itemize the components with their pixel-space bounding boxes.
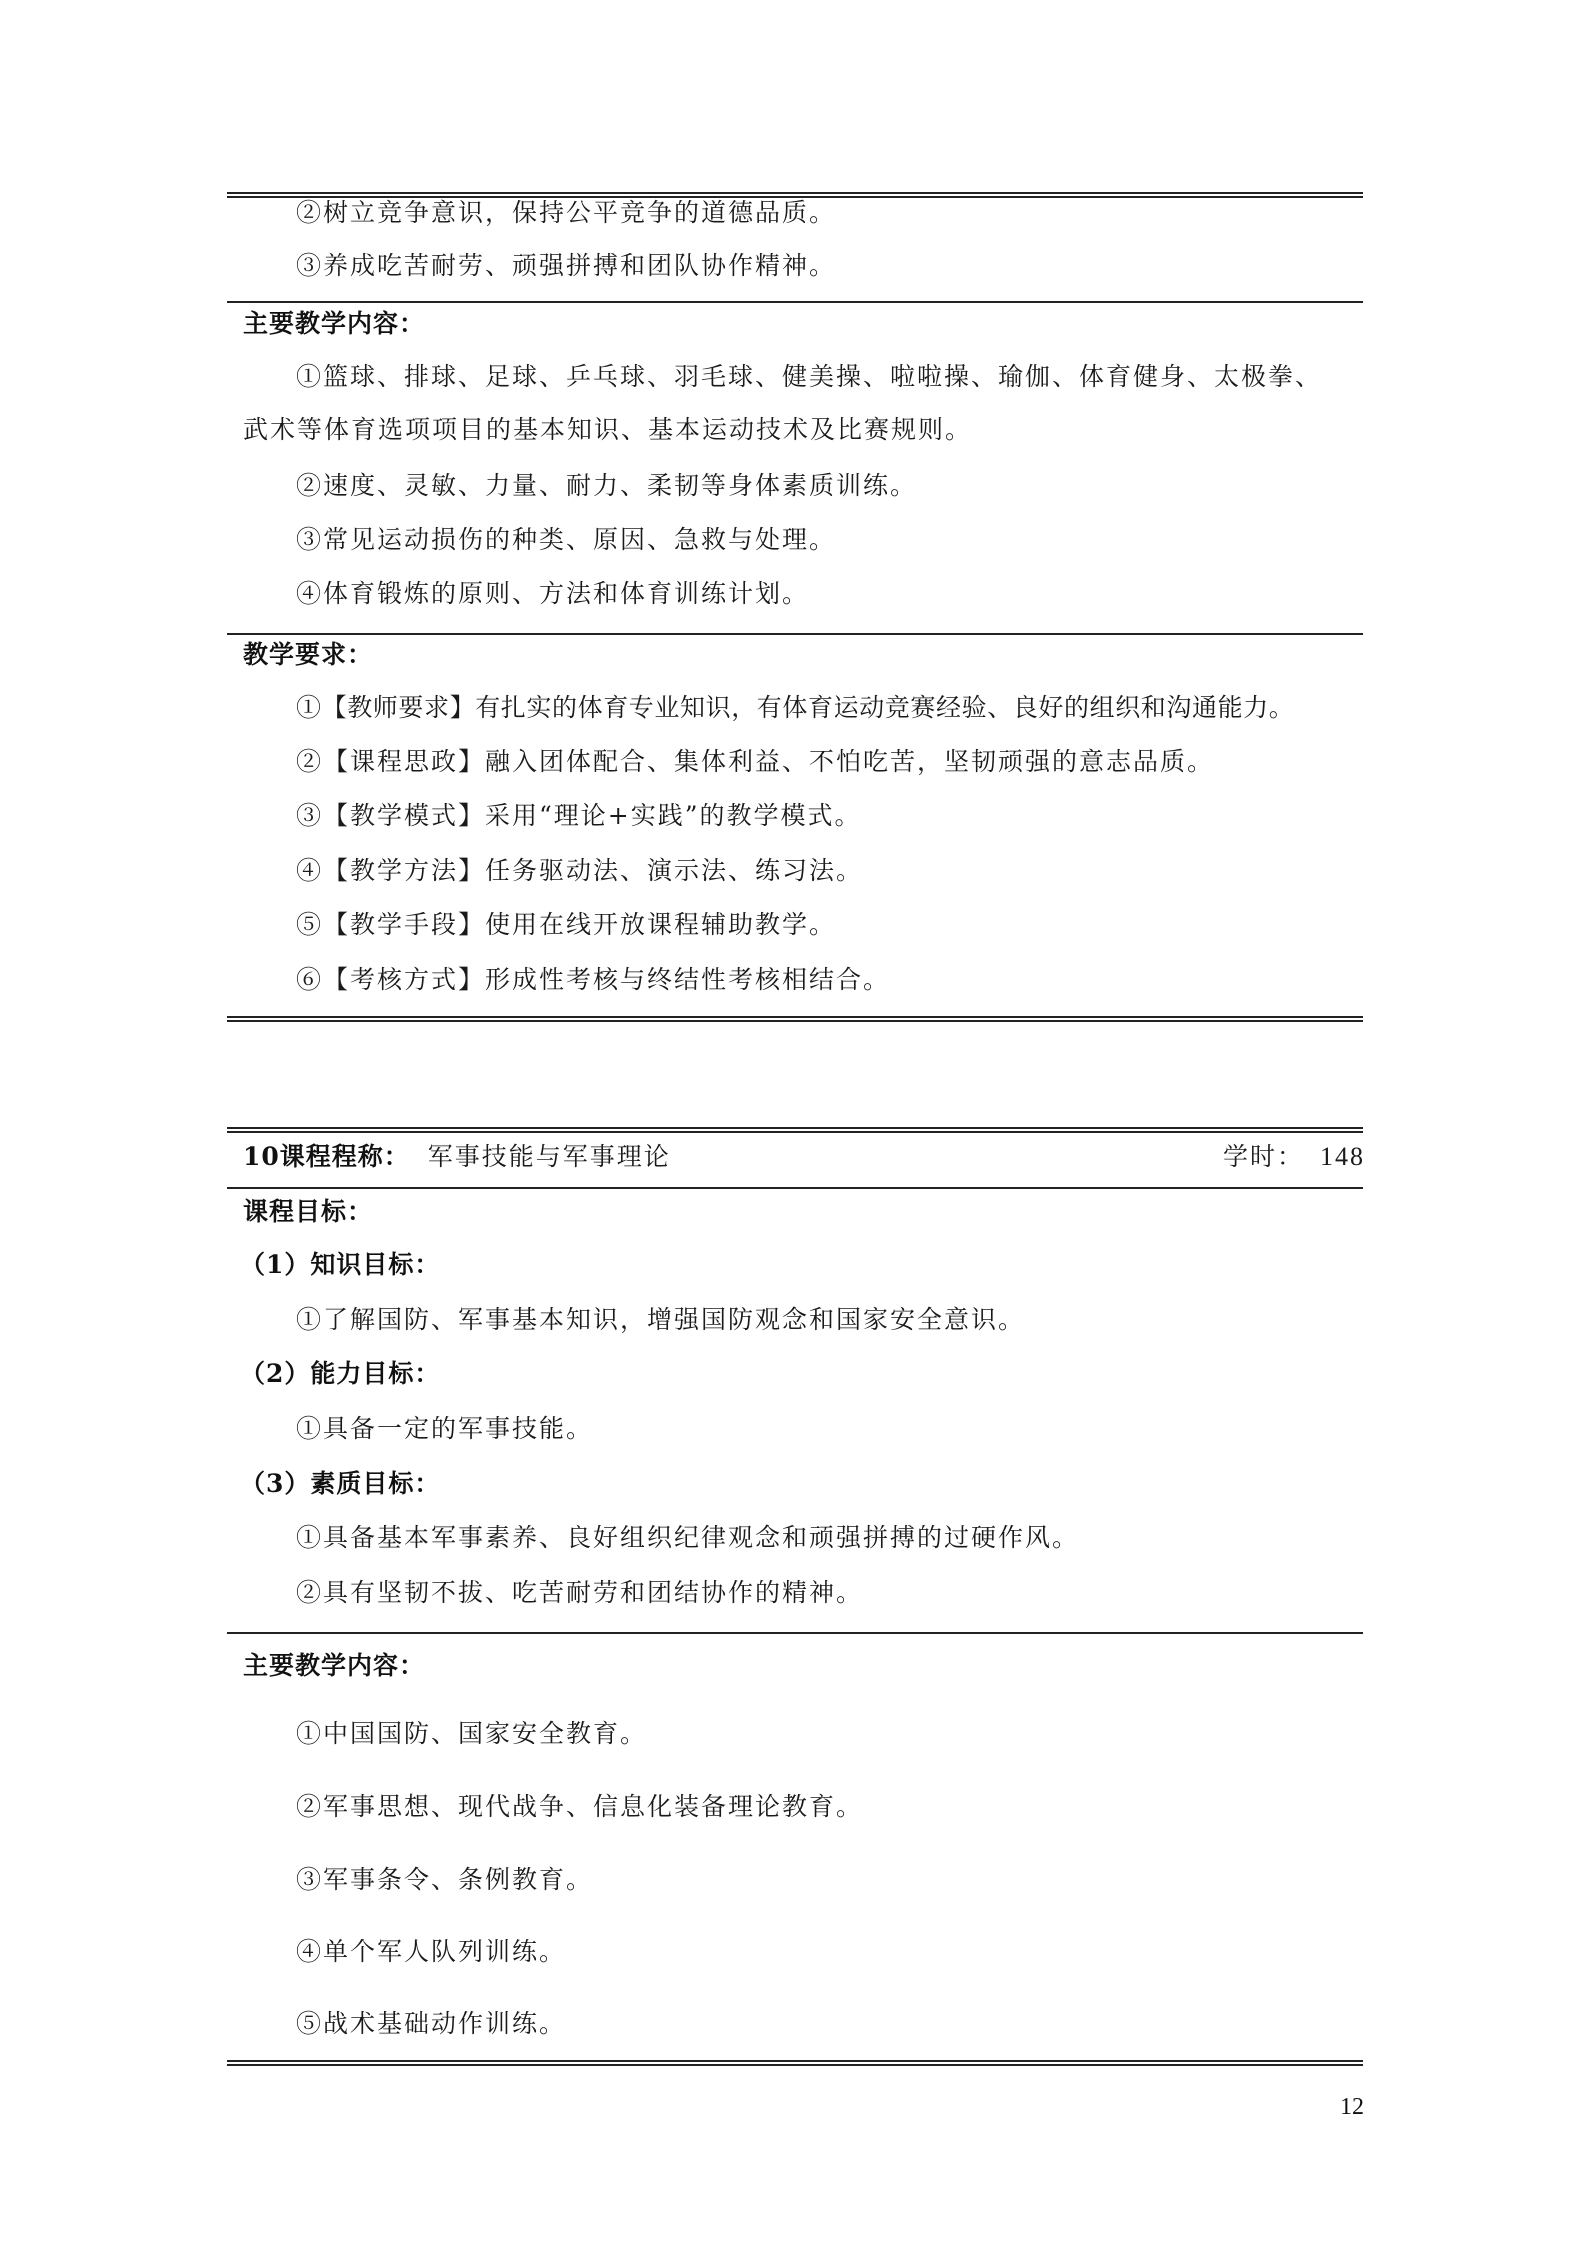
row-divider [227, 633, 1363, 635]
row-divider [227, 1187, 1363, 1189]
content-item: ④体育锻炼的原则、方法和体育训练计划。 [296, 577, 809, 611]
goal-item: ③养成吃苦耐劳、顽强拼搏和团队协作精神。 [296, 249, 836, 283]
goal-item: ①具备一定的军事技能。 [296, 1412, 593, 1446]
content-item: ③军事条令、条例教育。 [296, 1863, 593, 1897]
goal-item: ②树立竞争意识，保持公平竞争的道德品质。 [296, 196, 836, 230]
content-item: ④单个军人队列训练。 [296, 1935, 566, 1969]
page-number: 12 [1340, 2094, 1364, 2121]
row-divider [227, 301, 1363, 303]
content-item: ③常见运动损伤的种类、原因、急救与处理。 [296, 523, 836, 557]
goal-item: ①具备基本军事素养、良好组织纪律观念和顽强拼搏的过硬作风。 [296, 1521, 1079, 1555]
hours-value: 148 [1320, 1142, 1365, 1171]
goal-group-title: （2）能力目标： [240, 1357, 440, 1391]
requirements-heading: 教学要求： [243, 638, 373, 672]
content-heading: 主要教学内容： [243, 307, 425, 341]
goals-heading: 课程目标： [243, 1195, 373, 1229]
content-heading: 主要教学内容： [243, 1649, 425, 1683]
content-item: ①篮球、排球、足球、乒乓球、羽毛球、健美操、啦啦操、瑜伽、体育健身、太极拳、 [296, 360, 1322, 394]
requirement-item: ②【课程思政】融入团体配合、集体利益、不怕吃苦，坚韧顽强的意志品质。 [296, 745, 1214, 779]
table-top-border [227, 1127, 1363, 1133]
goal-item: ①了解国防、军事基本知识，增强国防观念和国家安全意识。 [296, 1303, 1025, 1337]
table-bottom-border [227, 1016, 1363, 1022]
course-header: 10课程程称： 军事技能与军事理论 [243, 1140, 671, 1174]
content-item: ②军事思想、现代战争、信息化装备理论教育。 [296, 1790, 863, 1824]
requirement-item: ③【教学模式】采用“理论+实践”的教学模式。 [296, 799, 862, 833]
content-item: ⑤战术基础动作训练。 [296, 2007, 566, 2041]
content-item: 武术等体育选项项目的基本知识、基本运动技术及比赛规则。 [243, 413, 972, 447]
content-item: ②速度、灵敏、力量、耐力、柔韧等身体素质训练。 [296, 469, 917, 503]
course-name: 军事技能与军事理论 [428, 1142, 671, 1171]
goal-group-title: （1）知识目标： [240, 1248, 440, 1282]
content-item: ①中国国防、国家安全教育。 [296, 1717, 647, 1751]
requirement-item: ①【教师要求】有扎实的体育专业知识，有体育运动竞赛经验、良好的组织和沟通能力。 [296, 691, 1294, 725]
hours-label: 学时： [1223, 1142, 1304, 1171]
course-hours: 学时： 148 [1223, 1140, 1365, 1174]
goal-item: ②具有坚韧不拔、吃苦耐劳和团结协作的精神。 [296, 1576, 863, 1610]
requirement-item: ⑥【考核方式】形成性考核与终结性考核相结合。 [296, 963, 890, 997]
table-bottom-border [227, 2060, 1363, 2066]
row-divider [227, 1632, 1363, 1634]
requirement-item: ⑤【教学手段】使用在线开放课程辅助教学。 [296, 908, 836, 942]
requirement-item: ④【教学方法】任务驱动法、演示法、练习法。 [296, 854, 863, 888]
goal-group-title: （3）素质目标： [240, 1467, 440, 1501]
course-label: 10课程程称： [243, 1142, 410, 1171]
